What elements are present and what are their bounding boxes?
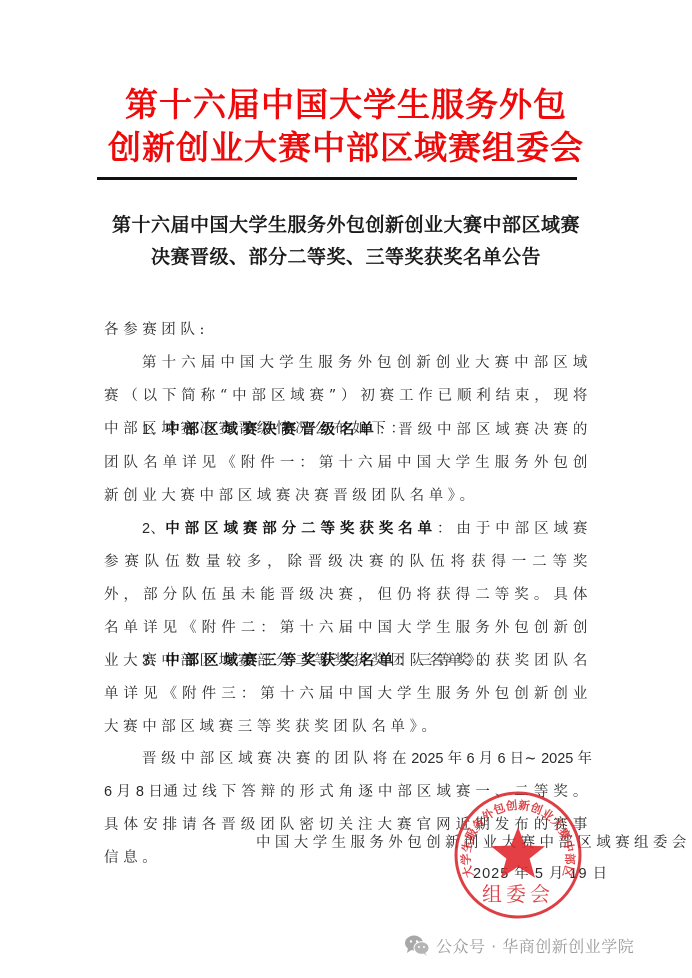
header-divider — [97, 177, 577, 180]
item-colon: ： — [398, 653, 417, 669]
document-page: 第十六届中国大学生服务外包 创新创业大赛中部区域赛组委会 第十六届中国大学生服务… — [0, 0, 692, 978]
item-colon: ： — [379, 422, 398, 438]
wechat-watermark: 公众号 · 华商创新创业学院 — [404, 932, 634, 958]
org-header-line2: 创新创业大赛中部区域赛组委会 — [0, 128, 692, 168]
item-heading: 中部区域赛决赛晋级名单 — [165, 421, 379, 438]
item-heading: 中部区域赛部分二等奖获奖名单 — [165, 520, 437, 537]
wechat-icon — [404, 934, 430, 956]
item-heading: 中部区域赛三等奖获奖名单 — [165, 652, 398, 669]
item-number: 3、 — [142, 653, 165, 669]
date-tilde: ~ — [524, 751, 541, 767]
notice-title-line2: 决赛晋级、部分二等奖、三等奖获奖名单公告 — [0, 243, 692, 271]
item-paragraph-1: 1、中部区域赛决赛晋级名单：晋级中部区域赛决赛的团队名单详见《附件一：第十六届中… — [104, 413, 592, 513]
item-number: 1、 — [142, 422, 165, 438]
salutation: 各参赛团队: — [104, 314, 592, 347]
notice-title-line1: 第十六届中国大学生服务外包创新创业大赛中部区域赛 — [0, 211, 692, 239]
item-number: 2、 — [142, 521, 165, 537]
signature-date: 2025 年 5 月 19 日 — [473, 863, 608, 885]
org-header-line1: 第十六届中国大学生服务外包 — [0, 85, 692, 125]
seal-bottom-text: 组委会 — [482, 882, 554, 906]
signature-organization: 中国大学生服务外包创新创业大赛中部区域赛组委会 — [256, 832, 691, 854]
item-colon: ： — [437, 521, 456, 537]
watermark-text: 公众号 · 华商创新创业学院 — [436, 934, 634, 957]
closing-pre: 晋级中部区域赛决赛的团队将在 — [142, 751, 411, 767]
closing-paragraph: 晋级中部区域赛决赛的团队将在2025 年 6 月 6 日~2025 年 6 月 … — [104, 743, 592, 875]
date-start: 2025 年 6 月 6 日 — [411, 751, 524, 767]
item-paragraph-3: 3、中部区域赛三等奖获奖名单：三等奖的获奖团队名单详见《附件三：第十六届中国大学… — [104, 644, 592, 744]
